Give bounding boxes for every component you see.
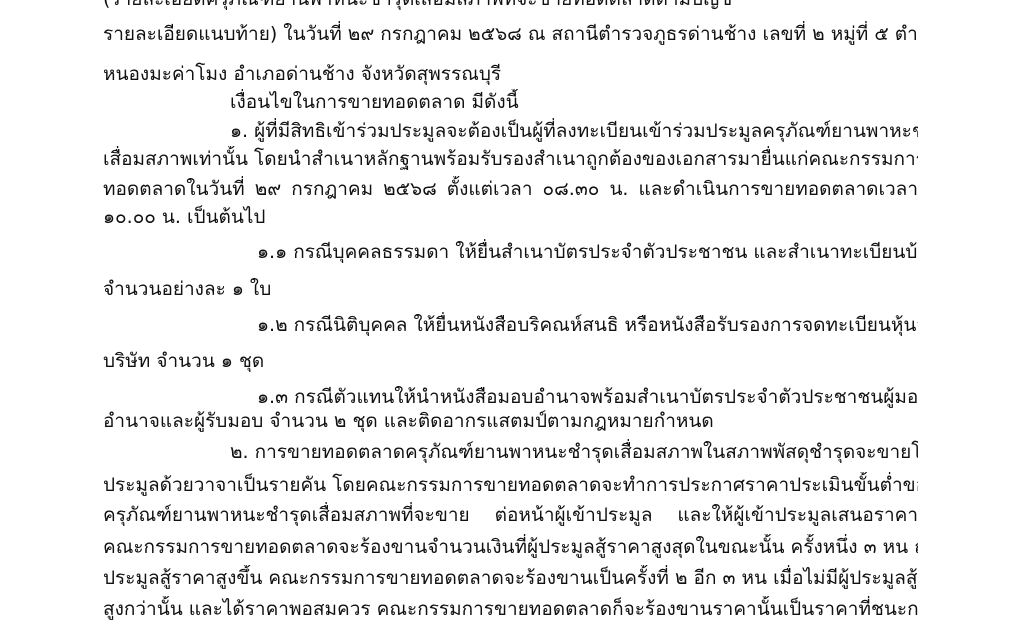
clause-1-line: เสื่อมสภาพเท่านั้น โดยนำสำเนาหลักฐานพร้อ… — [103, 146, 918, 172]
clause-1-2-line: ๑.๒ กรณีนิติบุคคล ให้ยื่นหนังสือบริคณห์ส… — [257, 312, 918, 338]
clause-1-1-line: ๑.๑ กรณีบุคคลธรรมดา ให้ยื่นสำเนาบัตรประจ… — [257, 239, 918, 265]
clause-2-line: ๒. การขายทอดตลาดครุภัณฑ์ยานพาหนะชำรุดเสื… — [230, 439, 918, 465]
clause-1-line: ทอดตลาดในวันที่ ๒๙ กรกฎาคม ๒๕๖๘ ตั้งแต่เ… — [103, 176, 918, 202]
cut-off-line: (รายละเอียดครุภัณฑ์ยานพาหนะชำรุดเสื่อมสภ… — [103, 0, 918, 12]
clause-1-line: ๑. ผู้ที่มีสิทธิเข้าร่วมประมูลจะต้องเป็น… — [230, 118, 918, 144]
clause-1-line: ๑๐.๐๐ น. เป็นต้นไป — [103, 204, 918, 230]
section-heading: เงื่อนไขในการขายทอดตลาด มีดังนี้ — [230, 89, 918, 115]
clause-2-line: ประมูลสู้ราคาสูงขึ้น คณะกรรมการขายทอดตลา… — [103, 565, 918, 591]
clause-1-3-line: ๑.๓ กรณีตัวแทนให้นำหนังสือมอบอำนาจพร้อมส… — [257, 384, 918, 410]
clause-2-line: ครุภัณฑ์ยานพาหนะชำรุดเสื่อมสภาพที่จะขาย … — [103, 502, 918, 528]
clause-2-line: ประมูลด้วยวาจาเป็นรายคัน โดยคณะกรรมการขา… — [103, 472, 918, 498]
paragraph-line: รายละเอียดแนบท้าย) ในวันที่ ๒๙ กรกฎาคม ๒… — [103, 21, 918, 47]
document-page: (รายละเอียดครุภัณฑ์ยานพาหนะชำรุดเสื่อมสภ… — [0, 0, 1030, 630]
clause-2-line: สูงกว่านั้น และได้ราคาพอสมควร คณะกรรมการ… — [103, 596, 918, 622]
paragraph-line: หนองมะค่าโมง อำเภอด่านช้าง จังหวัดสุพรรณ… — [103, 61, 918, 87]
clause-1-1-line: จำนวนอย่างละ ๑ ใบ — [103, 276, 918, 302]
clause-1-2-line: บริษัท จำนวน ๑ ชุด — [103, 348, 918, 374]
clause-2-line: คณะกรรมการขายทอดตลาดจะร้องขานจำนวนเงินที… — [103, 534, 918, 560]
clause-1-3-line: อำนาจและผู้รับมอบ จำนวน ๒ ชุด และติดอากร… — [103, 408, 918, 434]
